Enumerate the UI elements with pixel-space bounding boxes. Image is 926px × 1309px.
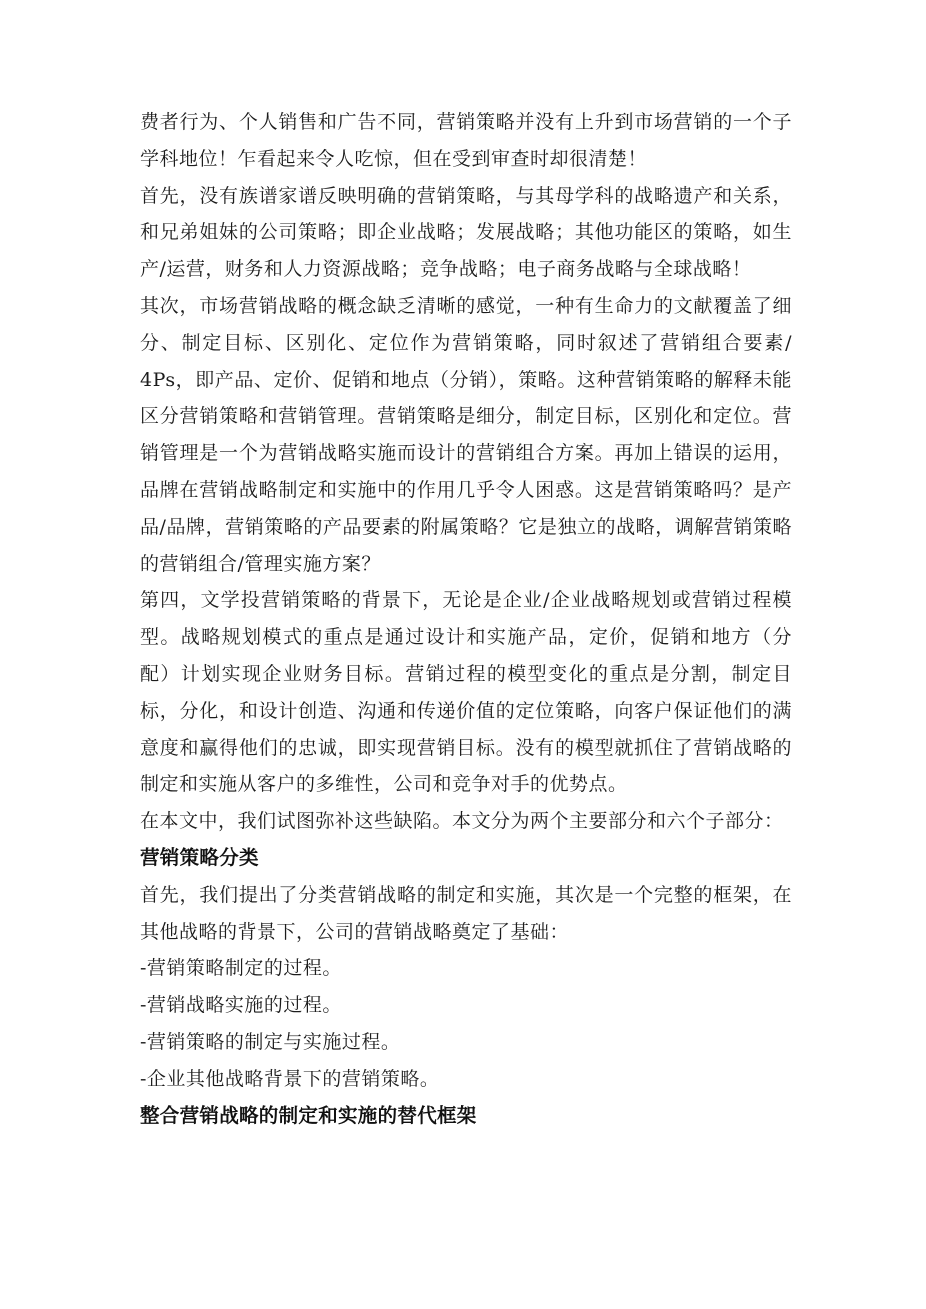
list-item-strategy-in-context: -企业其他战略背景下的营销策略。: [140, 1061, 792, 1098]
paragraph-second-point: 其次，市场营销战略的概念缺乏清晰的感觉，一种有生命力的文献覆盖了细分、制定目标、…: [140, 288, 792, 582]
paragraph-fourth-point: 第四，文学投营销策略的背景下，无论是企业/企业战略规划或营销过程模型。战略规划模…: [140, 582, 792, 803]
list-item-formulation-and-implementation-process: -营销策略的制定与实施过程。: [140, 1024, 792, 1061]
section-heading-alternative-framework: 整合营销战略的制定和实施的替代框架: [140, 1098, 792, 1135]
document-page: 费者行为、个人销售和广告不同，营销策略并没有上升到市场营销的一个子学科地位！乍看…: [0, 0, 926, 1309]
paragraph-continuation: 费者行为、个人销售和广告不同，营销策略并没有上升到市场营销的一个子学科地位！乍看…: [140, 104, 792, 178]
paragraph-intro-summary: 在本文中，我们试图弥补这些缺陷。本文分为两个主要部分和六个子部分：: [140, 803, 792, 840]
list-item-strategy-formulation-process: -营销策略制定的过程。: [140, 950, 792, 987]
paragraph-first-point: 首先，没有族谱家谱反映明确的营销策略，与其母学科的战略遗产和关系，和兄弟姐妹的公…: [140, 178, 792, 288]
paragraph-framework-intro: 首先，我们提出了分类营销战略的制定和实施，其次是一个完整的框架，在其他战略的背景…: [140, 877, 792, 951]
document-body-text: 费者行为、个人销售和广告不同，营销策略并没有上升到市场营销的一个子学科地位！乍看…: [140, 104, 792, 1134]
section-heading-marketing-strategy-classification: 营销策略分类: [140, 840, 792, 877]
list-item-strategy-implementation-process: -营销战略实施的过程。: [140, 987, 792, 1024]
